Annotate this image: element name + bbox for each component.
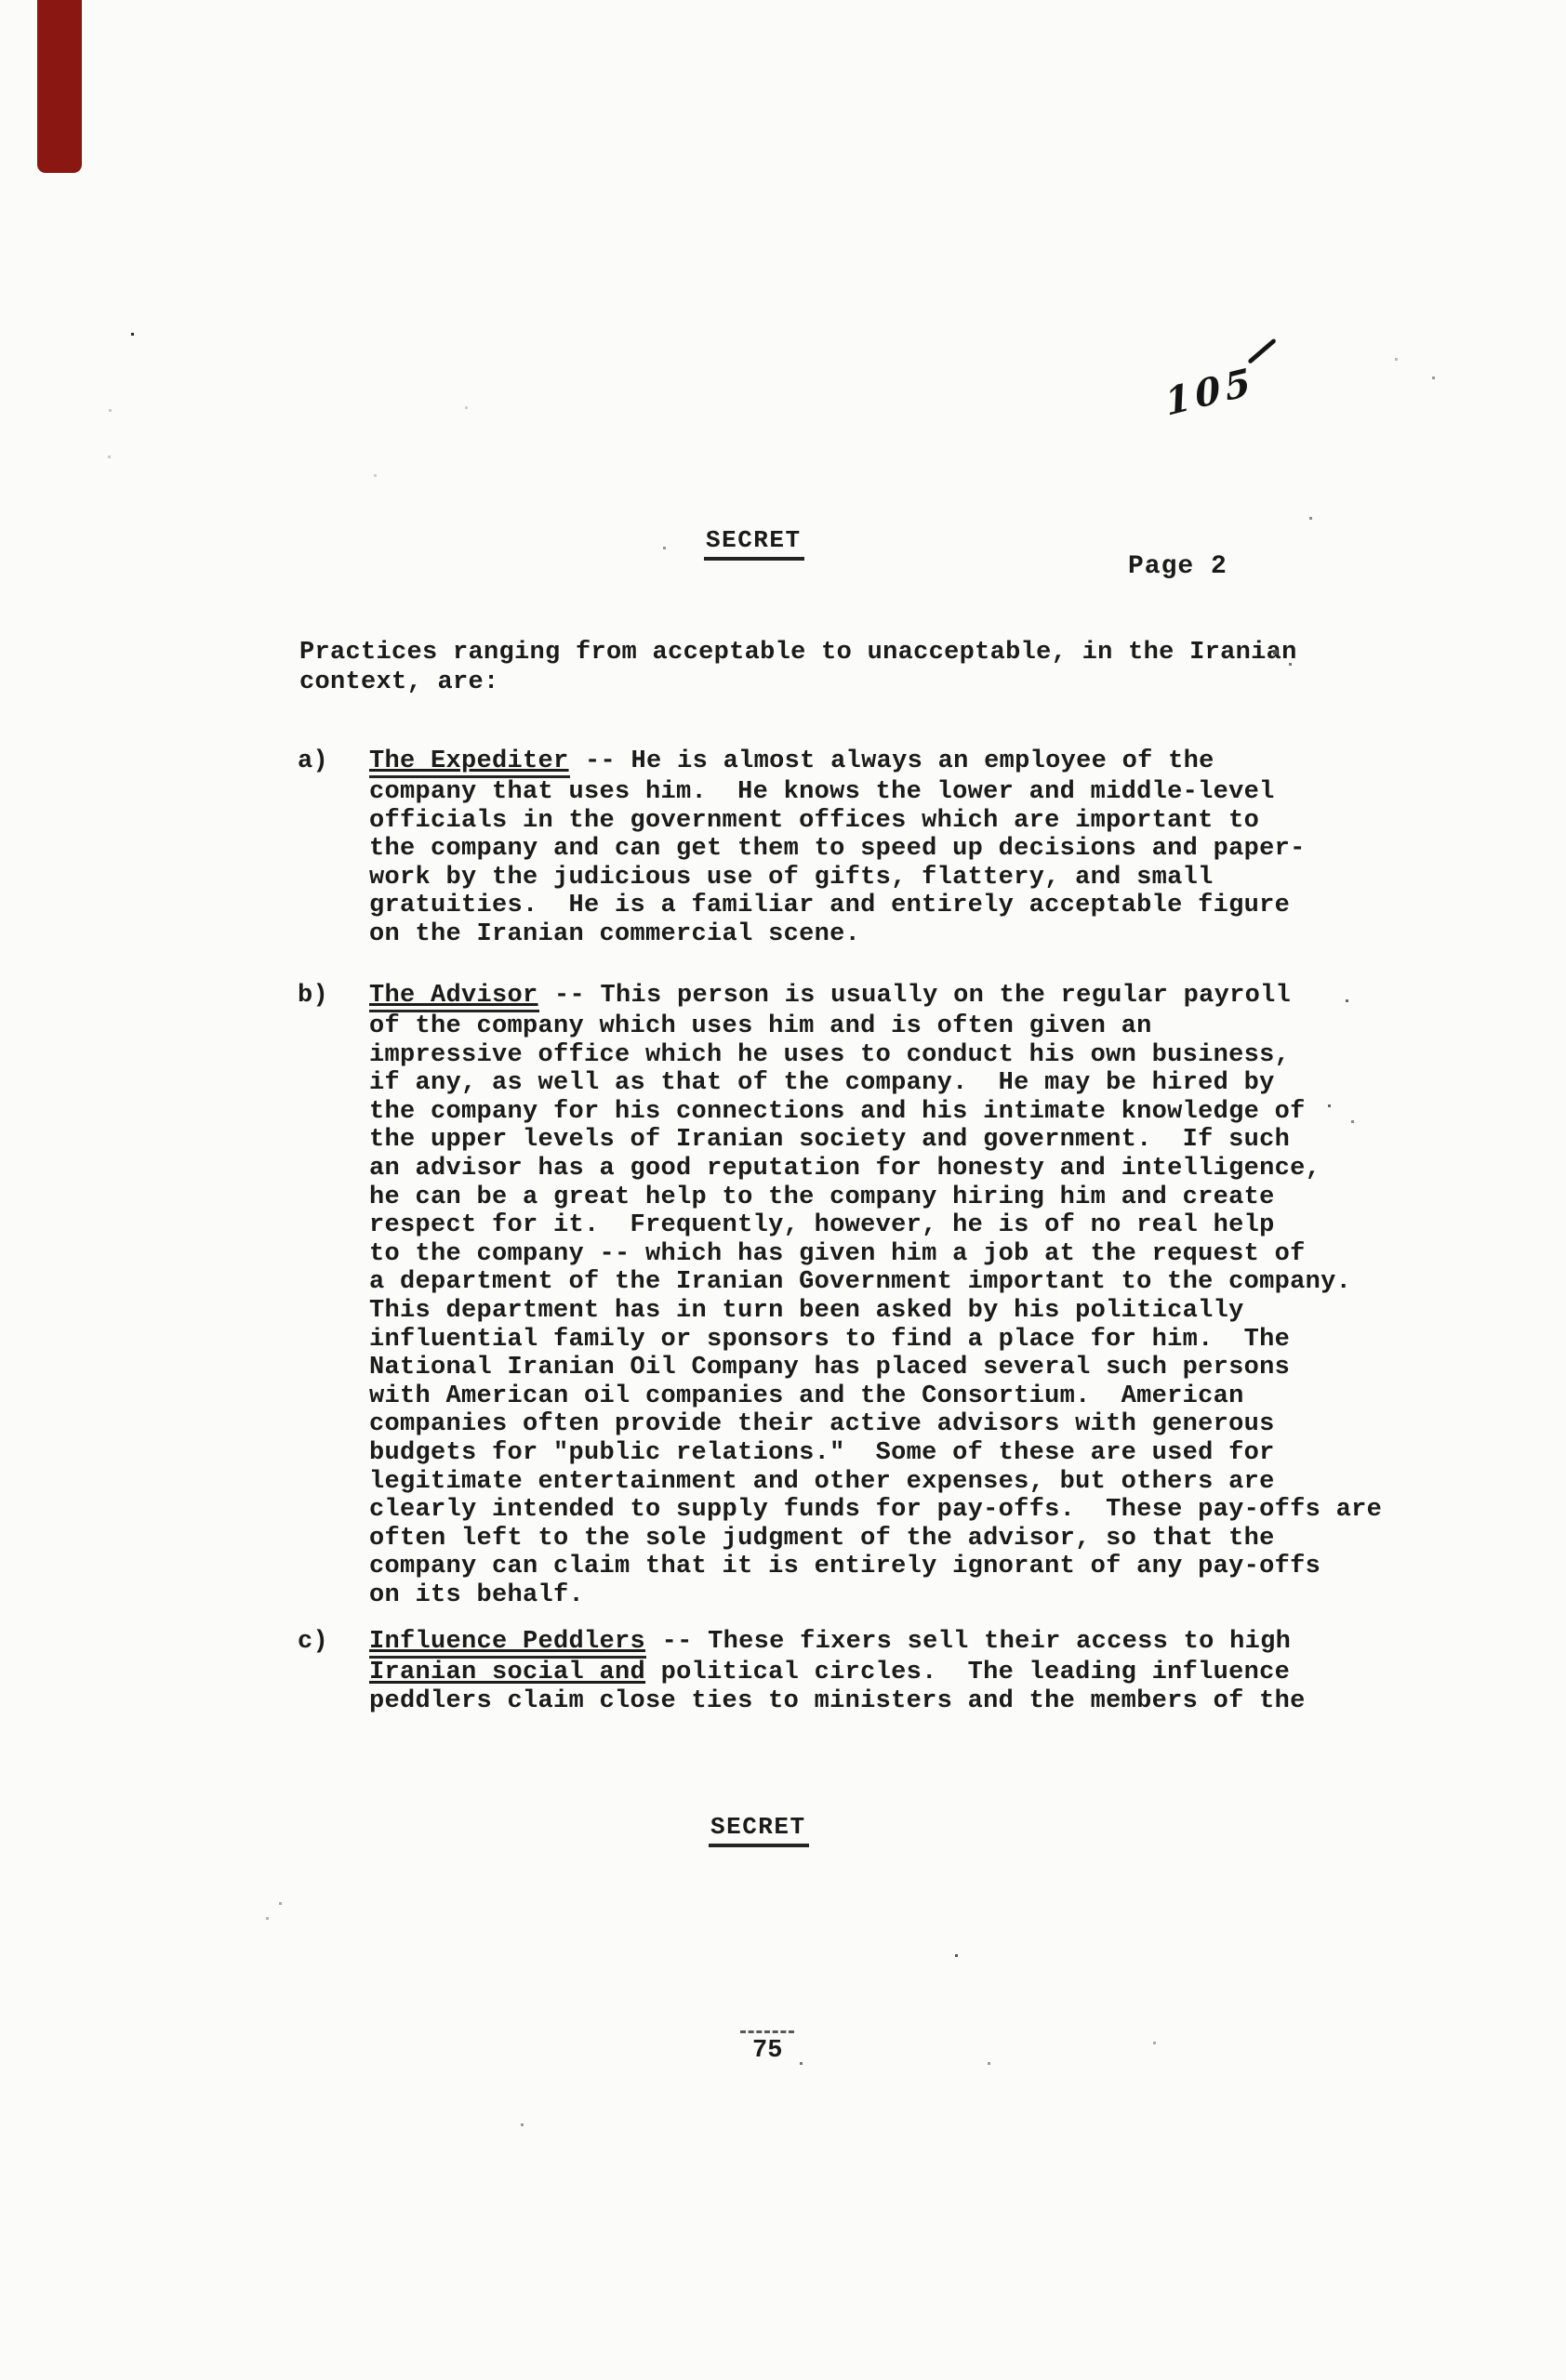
section-b-lead: -- This person is usually on the regular…	[539, 982, 1292, 1010]
intro-paragraph: Practices ranging from acceptable to una…	[299, 638, 1297, 697]
handwritten-page-number: 105	[1162, 359, 1257, 425]
scanned-document-page: { "document": { "handwritten_number": "1…	[0, 0, 1566, 2380]
page-number-digits: 75	[740, 2030, 794, 2065]
page-label: Page 2	[1128, 552, 1228, 581]
section-a-lead: -- He is almost always an employee of th…	[570, 747, 1214, 775]
classification-banner-bottom: SECRET	[709, 1813, 809, 1847]
section-b-marker: b)	[298, 982, 369, 1609]
section-a-heading: The Expediter	[369, 750, 570, 778]
red-margin-mark	[37, 0, 82, 173]
section-c-lead: -- These fixers sell their access to hig…	[646, 1628, 1291, 1656]
section-a-body: company that uses him. He knows the lowe…	[369, 778, 1306, 948]
section-b-heading: The Advisor	[369, 985, 539, 1012]
scan-noise-specks	[0, 0, 3, 3]
section-c-heading: Influence Peddlers	[369, 1631, 646, 1659]
section-a: a) The Expediter -- He is almost always …	[298, 747, 1306, 949]
section-b-text: The Advisor -- This person is usually on…	[369, 982, 1382, 1609]
section-a-marker: a)	[298, 747, 369, 949]
section-c-subheading: Iranian social and	[369, 1659, 645, 1686]
section-b: b) The Advisor -- This person is usually…	[298, 982, 1382, 1609]
section-c-marker: c)	[298, 1628, 369, 1715]
section-c-text: Influence Peddlers -- These fixers sell …	[369, 1628, 1306, 1715]
section-b-body: of the company which uses him and is oft…	[369, 1012, 1382, 1609]
page-number: 75	[740, 2030, 794, 2065]
section-c: c) Influence Peddlers -- These fixers se…	[298, 1628, 1306, 1715]
classification-banner-top: SECRET	[704, 526, 804, 561]
section-a-text: The Expediter -- He is almost always an …	[369, 747, 1306, 949]
